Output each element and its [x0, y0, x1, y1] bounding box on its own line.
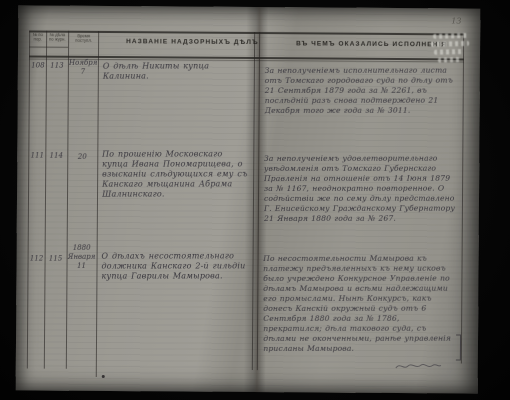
- header-resolution: ВЪ ЧЕМЪ ОКАЗАЛИСЬ ИСПОЛНЕНІЯ: [296, 40, 447, 48]
- row-number-journal: 115: [46, 255, 66, 263]
- row-number-journal: 113: [47, 62, 67, 70]
- header-no-order: № по пор.: [30, 33, 45, 42]
- column-rule-1: [44, 31, 47, 369]
- case-resolution: За неполученіемъ исполнительнаго листа о…: [265, 66, 460, 126]
- table-left-border: [27, 30, 30, 368]
- row-number-journal: 114: [46, 152, 66, 160]
- margin-pencil-note: [431, 41, 469, 47]
- row-number-order: 108: [30, 62, 46, 70]
- margin-pencil-note: [434, 49, 464, 55]
- header-sub-rule: [29, 46, 68, 47]
- column-rule-2: [66, 31, 69, 369]
- ink-dot: [102, 375, 105, 378]
- row-date-day: 20: [68, 153, 96, 161]
- page-number: 13: [451, 16, 461, 25]
- row-number-order: 112: [29, 255, 45, 263]
- table-right-border: [461, 33, 464, 363]
- row-date-month: Января: [68, 253, 96, 261]
- margin-bracket-mark: [456, 334, 461, 360]
- case-title: По прошенію Московскаго купца Ивана Поно…: [102, 149, 250, 213]
- ledger-page: 13 № по пор. № дѣла по журн. Время посту…: [16, 5, 481, 393]
- margin-pencil-note: [438, 57, 460, 63]
- photo-frame: 13 № по пор. № дѣла по журн. Время посту…: [0, 0, 510, 400]
- header-no-journal: № дѣла по журн.: [47, 34, 67, 43]
- row-date-year: 1880: [68, 244, 96, 252]
- header-date: Время поступл.: [70, 35, 97, 44]
- row-number-order: 111: [29, 152, 45, 160]
- column-rule-3: [96, 31, 99, 377]
- case-title: О дѣлѣ Никиты купца Калинина.: [103, 61, 249, 93]
- case-title: О дѣлахъ несостоятельнаго должника Канск…: [101, 251, 249, 297]
- row-date-month: Ноября: [69, 59, 97, 67]
- header-case: НАЗВАНІЕ НАДЗОРНЫХЪ ДѢЛЪ: [126, 38, 259, 46]
- case-resolution: По несостоятельности Мамырова къ платежу…: [263, 254, 461, 358]
- clerk-signature: [394, 360, 442, 372]
- row-date-day: 7: [69, 68, 97, 76]
- case-resolution: За неполученіемъ удовлетворительнаго увѣ…: [264, 154, 460, 242]
- margin-pencil-note: [433, 33, 467, 39]
- row-date-day: 11: [68, 262, 96, 270]
